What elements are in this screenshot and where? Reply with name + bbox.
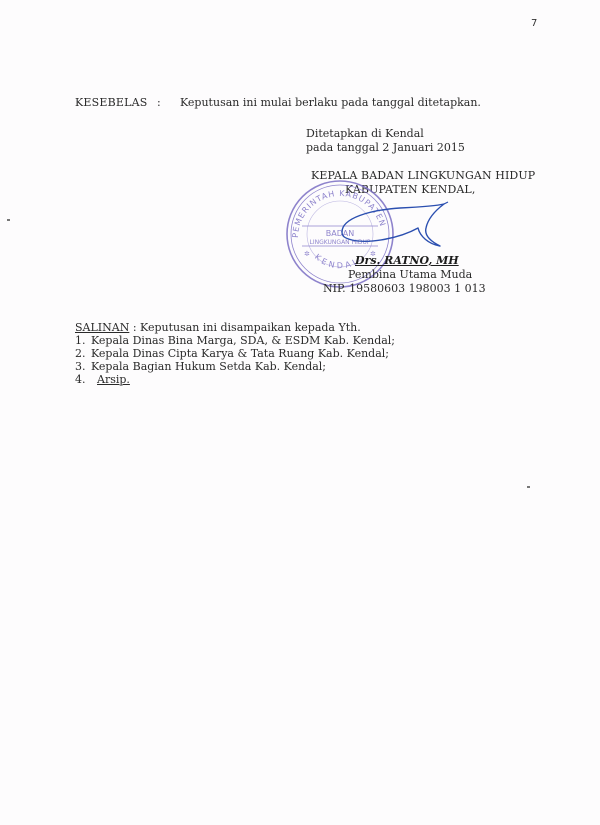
copies-heading: SALINAN : Keputusan ini disampaikan kepa… <box>75 321 361 334</box>
page-number: 7 <box>531 18 537 29</box>
signature-date: pada tanggal 2 Januari 2015 <box>306 141 465 154</box>
list-item-text: Arsip. <box>97 373 130 386</box>
copies-heading-text: : Keputusan ini disampaikan kepada Yth. <box>129 321 360 334</box>
list-item: 3.Kepala Bagian Hukum Setda Kab. Kendal; <box>75 360 326 373</box>
dictum-separator: : <box>157 96 161 109</box>
list-item-number: 4. <box>75 373 91 386</box>
handwritten-signature-icon <box>340 196 450 254</box>
scan-speck <box>7 219 10 221</box>
list-item: 2.Kepala Dinas Cipta Karya & Tata Ruang … <box>75 347 389 360</box>
signatory-rank: Pembina Utama Muda <box>348 268 472 281</box>
list-item-text: Kepala Dinas Bina Marga, SDA, & ESDM Kab… <box>91 334 395 347</box>
list-item-number: 3. <box>75 360 91 373</box>
list-item-number: 1. <box>75 334 91 347</box>
list-item: 4.Arsip. <box>75 373 130 386</box>
copies-heading-label: SALINAN <box>75 321 129 334</box>
signature-place: Ditetapkan di Kendal <box>306 127 424 140</box>
signatory-name: Drs. RATNO, MH <box>355 254 459 267</box>
list-item-number: 2. <box>75 347 91 360</box>
dictum-label: KESEBELAS <box>75 96 148 109</box>
list-item: 1.Kepala Dinas Bina Marga, SDA, & ESDM K… <box>75 334 395 347</box>
scan-speck <box>527 486 530 488</box>
dictum-text: Keputusan ini mulai berlaku pada tanggal… <box>180 96 481 109</box>
document-page: 7 KESEBELAS : Keputusan ini mulai berlak… <box>0 0 600 825</box>
signatory-nip: NIP. 19580603 198003 1 013 <box>323 282 486 295</box>
svg-text:✲: ✲ <box>304 250 310 258</box>
list-item-text: Kepala Bagian Hukum Setda Kab. Kendal; <box>91 360 326 373</box>
list-item-text: Kepala Dinas Cipta Karya & Tata Ruang Ka… <box>91 347 389 360</box>
